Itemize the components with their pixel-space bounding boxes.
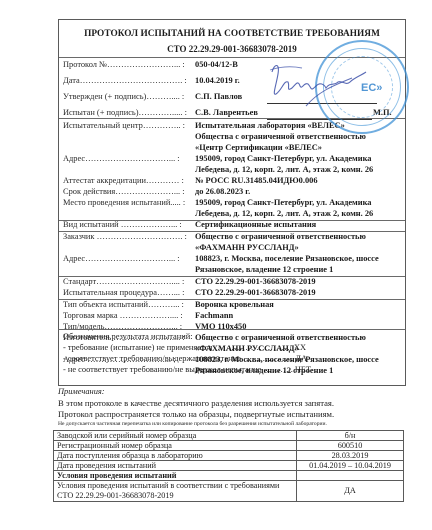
customer-line-1: Общество с ограниченной ответственностью — [195, 232, 366, 241]
test-center-line-1: Испытательная лаборатория «ВЕЛЕС» — [195, 121, 345, 130]
table-row: Дата поступления образца в лабораторию 2… — [54, 451, 404, 461]
row-label: Условия проведения испытаний в соответст… — [54, 481, 297, 502]
test-place-line-1: 195009, город Санкт-Петербург, ул. Акаде… — [195, 198, 371, 207]
date-value: 10.04.2019 г. — [195, 76, 240, 85]
row-label: Заводской или серийный номер образца — [54, 431, 297, 441]
legend-item-fail: - не соответствует требованию/не выдержа… — [63, 365, 311, 374]
sample-info-table: Заводской или серийный номер образца б/н… — [53, 430, 404, 502]
test-place-line-2: Лебедева, д. 12, корп. 2, лит. А, этаж 2… — [195, 209, 373, 218]
row-value: 01.04.2019 – 10.04.2019 — [297, 461, 404, 471]
row-value: 600510 — [297, 441, 404, 451]
standard-value: СТО 22.29.29-001-36683078-2019 — [195, 277, 316, 286]
legend-item-pass: - соответствует требованию/выдержал испы… — [63, 354, 307, 363]
object-type-value: Воронка кровельная — [195, 300, 274, 309]
table-row: Условия проведения испытаний — [54, 471, 404, 481]
center-address-label: Адрес…………………………... : — [63, 154, 180, 163]
table-row: Дата проведения испытаний 01.04.2019 – 1… — [54, 461, 404, 471]
test-type-label: Вид испытаний ………………... : — [63, 220, 182, 229]
test-center-line-3: «Центр Сертификации «ВЕЛЕС» — [195, 143, 322, 152]
validity-label: Срок действия…………………... : — [63, 187, 185, 196]
accreditation-value: № РОСС RU.31485.04ИДЮ0.006 — [195, 176, 318, 185]
protocol-number-value: 050-04/12-В — [195, 60, 238, 69]
row-label: Дата поступления образца в лабораторию — [54, 451, 297, 461]
object-type-label: Тип объекта испытаний………... : — [63, 300, 184, 309]
row-label: Условия проведения испытаний — [54, 471, 297, 481]
note-scope: Протокол распространяется только на обра… — [58, 409, 334, 419]
center-address-line-1: 195009, город Санкт-Петербург, ул. Акаде… — [195, 154, 371, 163]
table-row: Регистрационный номер образца 600510 — [54, 441, 404, 451]
date-label: Дата………………………………. : — [63, 76, 187, 85]
table-row: Заводской или серийный номер образца б/н — [54, 431, 404, 441]
protocol-number-label: Протокол №……………………... : — [63, 60, 185, 69]
approved-value: С.П. Павлов — [195, 92, 242, 101]
row-label-line-1: Условия проведения испытаний в соответст… — [57, 481, 293, 491]
procedure-label: Испытательная процедура……... : — [63, 288, 184, 297]
row-label: Дата проведения испытаний — [54, 461, 297, 471]
row-value — [297, 471, 404, 481]
standard-label: Стандарт……………………….... : — [63, 277, 184, 286]
notes-heading: Примечания: — [58, 387, 105, 396]
row-value: 28.03.2019 — [297, 451, 404, 461]
customer-label: Заказчик …………………………. : — [63, 232, 187, 241]
legend-item-not-applicable: - требование (испытание) не применяется … — [63, 343, 306, 352]
tested-label: Испытан (+ подпись)…………..... : — [63, 108, 187, 117]
test-type-value: Сертификационные испытания — [195, 220, 316, 229]
row-value: б/н — [297, 431, 404, 441]
signature-icon — [266, 60, 376, 112]
note-decimal-separator: В этом протоколе в качестве десятичного … — [58, 398, 334, 408]
trademark-value: Fachmann — [195, 311, 233, 320]
test-place-label: Место проведения испытаний..... : — [63, 198, 185, 207]
test-center-line-2: Общества с ограниченной ответственностью — [195, 132, 366, 141]
approved-label: Утвержден (+ подпись)……….... : — [63, 92, 184, 101]
customer-address-label: Адрес…………………………... : — [63, 254, 180, 263]
row-label-line-2: СТО 22.29.29-001-36683078-2019 — [57, 491, 293, 501]
procedure-value: СТО 22.29.29-001-36683078-2019 — [195, 288, 316, 297]
row-label: Регистрационный номер образца — [54, 441, 297, 451]
trademark-label: Торговая марка ……………….... : — [63, 311, 183, 320]
validity-value: до 26.08.2023 г. — [195, 187, 250, 196]
document-title: ПРОТОКОЛ ИСПЫТАНИЙ НА СООТВЕТСТВИЕ ТРЕБО… — [59, 29, 405, 39]
customer-line-2: «ФАХМАНН РУССЛАНД» — [195, 243, 299, 252]
center-address-line-2: Лебедева, д. 12, корп. 2, лит. А, этаж 2… — [195, 165, 373, 174]
result-legend-box: Обозначения результата испытаний: - треб… — [58, 329, 406, 386]
tested-value: С.В. Лаврентьев — [195, 108, 258, 117]
row-value: ДА — [297, 481, 404, 502]
test-center-label: Испытательный центр………….. : — [63, 121, 185, 130]
legend-title: Обозначения результата испытаний: — [63, 332, 193, 341]
note-copy-restriction: Не допускается частичная перепечатка или… — [58, 421, 327, 427]
customer-address-line-1: 108823, г. Москва, поселение Рязановское… — [195, 254, 379, 263]
customer-address-line-2: Рязановское, владение 12 строение 1 — [195, 265, 333, 274]
accreditation-label: Аттестат аккредитации………… : — [63, 176, 184, 185]
table-row: Условия проведения испытаний в соответст… — [54, 481, 404, 502]
